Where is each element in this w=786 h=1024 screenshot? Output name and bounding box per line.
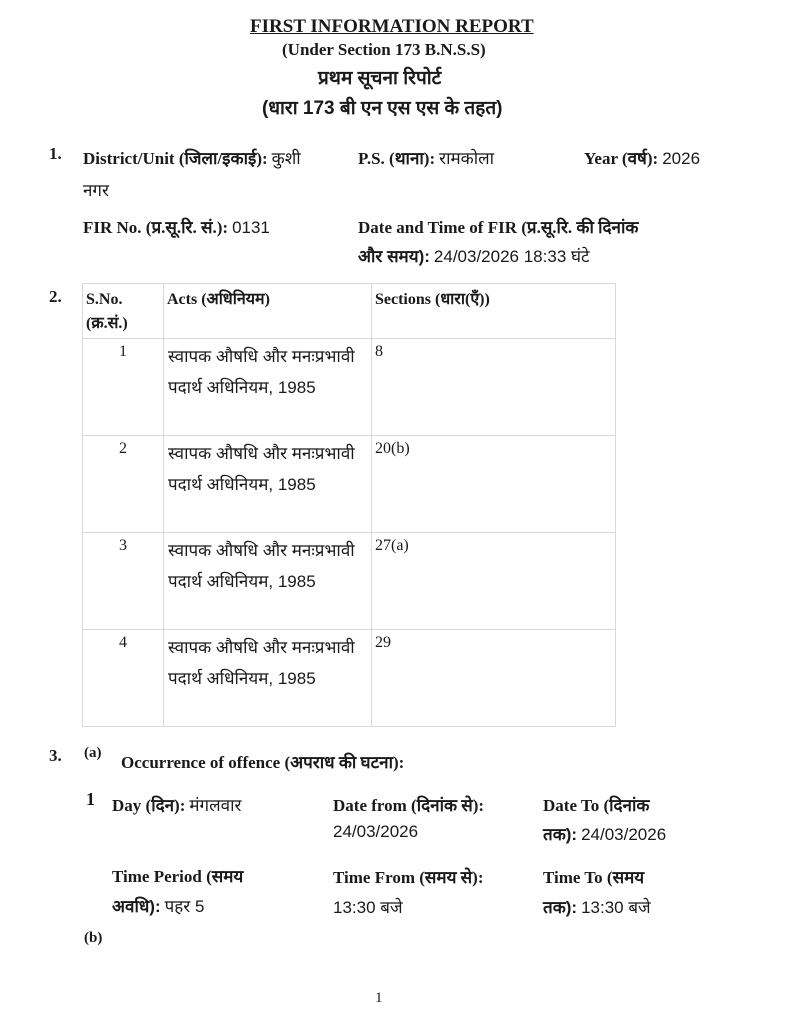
fir-datetime-field: और समय): 24/03/2026 18:33 घंटे xyxy=(358,244,590,267)
date-to-value: 24/03/2026 xyxy=(581,825,666,844)
time-to-field: तक): 13:30 बजे xyxy=(543,895,651,918)
year-value: 2026 xyxy=(662,149,700,168)
report-hindi-title: प्रथम सूचना रिपोर्ट xyxy=(318,64,441,90)
fir-datetime-label-continued: और समय): xyxy=(358,247,430,266)
date-to-label: Date To (दिनांक xyxy=(543,793,649,816)
column-header-acts: Acts (अधिनियम) xyxy=(164,284,372,339)
section-1-number: 1. xyxy=(49,144,62,164)
table-row: 1 स्वापक औषधि और मनःप्रभावी पदार्थ अधिनि… xyxy=(83,339,616,436)
occurrence-item-number: 1 xyxy=(86,789,95,810)
report-hindi-subtitle: (धारा 173 बी एन एस एस के तहत) xyxy=(262,94,502,120)
acts-header-text: Acts (अधिनियम) xyxy=(164,284,371,312)
sno-header-line1: S.No. xyxy=(86,288,163,312)
row-act: स्वापक औषधि और मनःप्रभावी पदार्थ अधिनियम… xyxy=(164,533,371,597)
row-sno: 2 xyxy=(83,436,163,458)
acts-sections-table: S.No. (क्र.सं.) Acts (अधिनियम) Sections … xyxy=(82,283,616,727)
fir-number-value: 0131 xyxy=(232,218,270,237)
row-sno: 1 xyxy=(83,339,163,361)
report-title: FIRST INFORMATION REPORT xyxy=(250,16,534,38)
year-field: Year (वर्ष): 2026 xyxy=(584,146,700,169)
police-station-value: रामकोला xyxy=(439,149,494,168)
time-from-label: Time From (समय से): xyxy=(333,865,484,888)
fir-datetime-label: Date and Time of FIR (प्र.सू.रि. की दिना… xyxy=(358,215,638,238)
table-row: 4 स्वापक औषधि और मनःप्रभावी पदार्थ अधिनि… xyxy=(83,630,616,727)
time-period-label: Time Period (समय xyxy=(112,864,243,887)
row-act: स्वापक औषधि और मनःप्रभावी पदार्थ अधिनियम… xyxy=(164,630,371,694)
column-header-sections: Sections (धारा(एँ)) xyxy=(372,284,616,339)
police-station-label: P.S. (थाना): xyxy=(358,149,435,168)
row-section: 8 xyxy=(372,339,615,361)
date-to-field: तक): 24/03/2026 xyxy=(543,822,666,845)
time-to-label: Time To (समय xyxy=(543,865,644,888)
district-label: District/Unit (जिला/इकाई): xyxy=(83,149,268,168)
row-section: 20(b) xyxy=(372,436,615,458)
row-sno: 3 xyxy=(83,533,163,555)
district-value: कुशी xyxy=(272,149,301,168)
part-a-label: (a) xyxy=(84,745,102,762)
page-number: 1 xyxy=(375,990,383,1007)
row-act: स्वापक औषधि और मनःप्रभावी पदार्थ अधिनियम… xyxy=(164,339,371,403)
date-from-label: Date from (दिनांक से): xyxy=(333,793,484,816)
time-to-value: 13:30 बजे xyxy=(581,898,651,917)
police-station-field: P.S. (थाना): रामकोला xyxy=(358,146,494,169)
year-label: Year (वर्ष): xyxy=(584,149,658,168)
time-period-field: अवधि): पहर 5 xyxy=(112,894,204,917)
column-header-sno: S.No. (क्र.सं.) xyxy=(83,284,164,339)
day-field: Day (दिन): मंगलवार xyxy=(112,793,241,816)
sno-header-line2: (क्र.सं.) xyxy=(86,312,163,336)
time-to-label-continued: तक): xyxy=(543,898,577,917)
fir-number-label: FIR No. (प्र.सू.रि. सं.): xyxy=(83,218,228,237)
date-to-label-continued: तक): xyxy=(543,825,577,844)
occurrence-heading: Occurrence of offence (अपराध की घटना): xyxy=(121,750,404,773)
day-value: मंगलवार xyxy=(189,796,241,815)
day-label: Day (दिन): xyxy=(112,796,185,815)
fir-datetime-value: 24/03/2026 18:33 घंटे xyxy=(434,247,590,266)
row-sno: 4 xyxy=(83,630,163,652)
row-section: 29 xyxy=(372,630,615,652)
part-b-label: (b) xyxy=(84,930,102,947)
section-3-number: 3. xyxy=(49,746,62,766)
table-row: 2 स्वापक औषधि और मनःप्रभावी पदार्थ अधिनि… xyxy=(83,436,616,533)
row-act: स्वापक औषधि और मनःप्रभावी पदार्थ अधिनियम… xyxy=(164,436,371,500)
time-period-value: पहर 5 xyxy=(165,897,205,916)
district-field: District/Unit (जिला/इकाई): कुशी xyxy=(83,146,301,169)
time-from-value: 13:30 बजे xyxy=(333,895,403,918)
report-subtitle: (Under Section 173 B.N.S.S) xyxy=(282,40,486,60)
section-2-number: 2. xyxy=(49,287,62,307)
district-value-continued: नगर xyxy=(83,178,109,201)
sections-header-text: Sections (धारा(एँ)) xyxy=(372,284,615,312)
table-row: 3 स्वापक औषधि और मनःप्रभावी पदार्थ अधिनि… xyxy=(83,533,616,630)
table-header-row: S.No. (क्र.सं.) Acts (अधिनियम) Sections … xyxy=(83,284,616,339)
row-section: 27(a) xyxy=(372,533,615,555)
fir-number-field: FIR No. (प्र.सू.रि. सं.): 0131 xyxy=(83,215,270,238)
date-from-value: 24/03/2026 xyxy=(333,822,418,842)
time-period-label-continued: अवधि): xyxy=(112,897,161,916)
